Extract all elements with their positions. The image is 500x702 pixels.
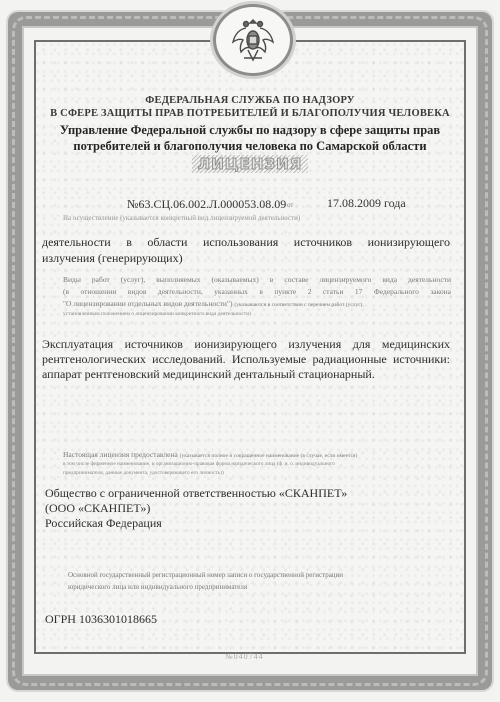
agency-name-line1: ФЕДЕРАЛЬНАЯ СЛУЖБА ПО НАДЗОРУ bbox=[0, 95, 500, 106]
works-caption-line3-note: (указываются в соответствии с перечнем р… bbox=[234, 302, 363, 308]
works-caption-line2: (в отношении видов деятельности, указанн… bbox=[63, 287, 451, 296]
licensee-caption-main: Настоящая лицензия предоставлена bbox=[63, 450, 178, 459]
licensee-full-name: Общество с ограниченной ответственностью… bbox=[45, 486, 347, 501]
works-caption-line1: Виды работ (услуг), выполняемых (оказыва… bbox=[63, 275, 451, 284]
works-caption-line4: установленным положением о лицензировани… bbox=[63, 311, 251, 317]
license-title: ЛИЦЕНЗИЯ bbox=[0, 155, 500, 174]
document-content: ФЕДЕРАЛЬНАЯ СЛУЖБА ПО НАДЗОРУ В СФЕРЕ ЗА… bbox=[0, 0, 500, 702]
licensee-short-name: (ООО «СКАНПЕТ») bbox=[45, 501, 150, 516]
works-text-line3: аппарат рентгеновский медицинский дентал… bbox=[42, 367, 375, 382]
licensee-caption-line3: предпринимателя, данные документа, удост… bbox=[63, 470, 224, 476]
works-caption-line3: "О лицензировании отдельных видов деятел… bbox=[63, 299, 364, 308]
license-number: №63.СЦ.06.002.Л.000053.08.09 bbox=[127, 197, 286, 212]
works-text-line2: рентгенологических исследований. Использ… bbox=[42, 352, 450, 367]
regional-office-line2: потребителей и благополучия человека по … bbox=[0, 139, 500, 154]
ogrn-number: ОГРН 1036301018665 bbox=[45, 612, 157, 627]
agency-name-line2: В СФЕРЕ ЗАЩИТЫ ПРАВ ПОТРЕБИТЕЛЕЙ И БЛАГО… bbox=[0, 108, 500, 119]
licensee-caption-note: (указывается полное и сокращенное наимен… bbox=[180, 453, 358, 459]
license-from-label: от bbox=[287, 201, 293, 209]
license-document: ФЕДЕРАЛЬНАЯ СЛУЖБА ПО НАДЗОРУ В СФЕРЕ ЗА… bbox=[0, 0, 500, 702]
licensee-caption-line1: Настоящая лицензия предоставлена (указыв… bbox=[63, 450, 357, 459]
registration-caption-line2: юридического лица или индивидуального пр… bbox=[68, 583, 247, 591]
license-date: 17.08.2009 года bbox=[327, 196, 406, 211]
registration-caption-line1: Основной государственный регистрационный… bbox=[68, 571, 343, 579]
activity-text-line1: деятельности в области использования ист… bbox=[42, 235, 450, 250]
activity-caption: На осуществление (указывается конкретный… bbox=[63, 214, 300, 222]
works-caption-line3-main: "О лицензировании отдельных видов деятел… bbox=[63, 299, 232, 308]
works-text-line1: Эксплуатация источников ионизирующего из… bbox=[42, 337, 450, 352]
licensee-country: Российская Федерация bbox=[45, 516, 162, 531]
form-serial-number: №040744 bbox=[225, 652, 264, 661]
license-title-text: ЛИЦЕНЗИЯ bbox=[192, 155, 309, 173]
activity-text-line2: излучения (генерирующих) bbox=[42, 251, 183, 266]
regional-office-line1: Управление Федеральной службы по надзору… bbox=[0, 123, 500, 138]
licensee-caption-line2: в том числе фирменное наименование, и ор… bbox=[63, 461, 335, 467]
